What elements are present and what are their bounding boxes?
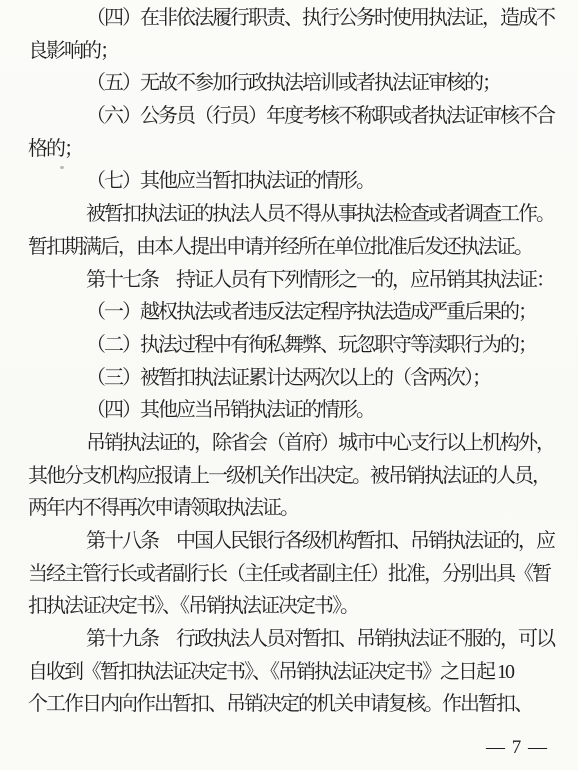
text-line: （五）无故不参加行政执法培训或者执法证审核的；: [28, 67, 556, 100]
text-line: 第十八条 中国人民银行各级机构暂扣、吊销执法证的，应: [28, 525, 556, 558]
body-text: （四）在非依法履行职责、执行公务时使用执法证，造成不良影响的；（五）无故不参加行…: [28, 2, 556, 721]
text-line: 被暂扣执法证的执法人员不得从事执法检查或者调查工作。: [28, 198, 556, 231]
text-line: 自收到《暂扣执法证决定书》、《吊销执法证决定书》之日起 10: [28, 656, 556, 689]
scan-speck: [60, 166, 64, 169]
text-line: 当经主管行长或者副行长（主任或者副主任）批准，分别出具《暂: [28, 558, 556, 591]
text-line: 个工作日内向作出暂扣、吊销决定的机关申请复核。作出暂扣、: [28, 688, 556, 721]
text-line: （四）在非依法履行职责、执行公务时使用执法证，造成不: [28, 2, 556, 35]
page-number: — 7 —: [486, 737, 548, 759]
text-line: 第十九条 行政执法人员对暂扣、吊销执法证不服的，可以: [28, 623, 556, 656]
text-line: 吊销执法证的，除省会（首府）城市中心支行以上机构外，: [28, 427, 556, 460]
text-line: （二）执法过程中有徇私舞弊、玩忽职守等渎职行为的；: [28, 329, 556, 362]
text-line: 两年内不得再次申请领取执法证。: [28, 492, 556, 525]
text-line: 扣执法证决定书》、《吊销执法证决定书》。: [28, 590, 556, 623]
text-line: （一）越权执法或者违反法定程序执法造成严重后果的；: [28, 296, 556, 329]
text-line: 良影响的；: [28, 35, 556, 68]
text-line: （六）公务员（行员）年度考核不称职或者执法证审核不合: [28, 100, 556, 133]
text-line: 暂扣期满后，由本人提出申请并经所在单位批准后发还执法证。: [28, 231, 556, 264]
text-line: 第十七条 持证人员有下列情形之一的，应吊销其执法证：: [28, 264, 556, 297]
document-page: （四）在非依法履行职责、执行公务时使用执法证，造成不良影响的；（五）无故不参加行…: [0, 0, 578, 770]
text-line: （七）其他应当暂扣执法证的情形。: [28, 165, 556, 198]
text-line: （四）其他应当吊销执法证的情形。: [28, 394, 556, 427]
text-line: （三）被暂扣执法证累计达两次以上的（含两次）；: [28, 362, 556, 395]
text-line: 其他分支机构应报请上一级机关作出决定。被吊销执法证的人员，: [28, 460, 556, 493]
text-line: 格的；: [28, 133, 556, 166]
